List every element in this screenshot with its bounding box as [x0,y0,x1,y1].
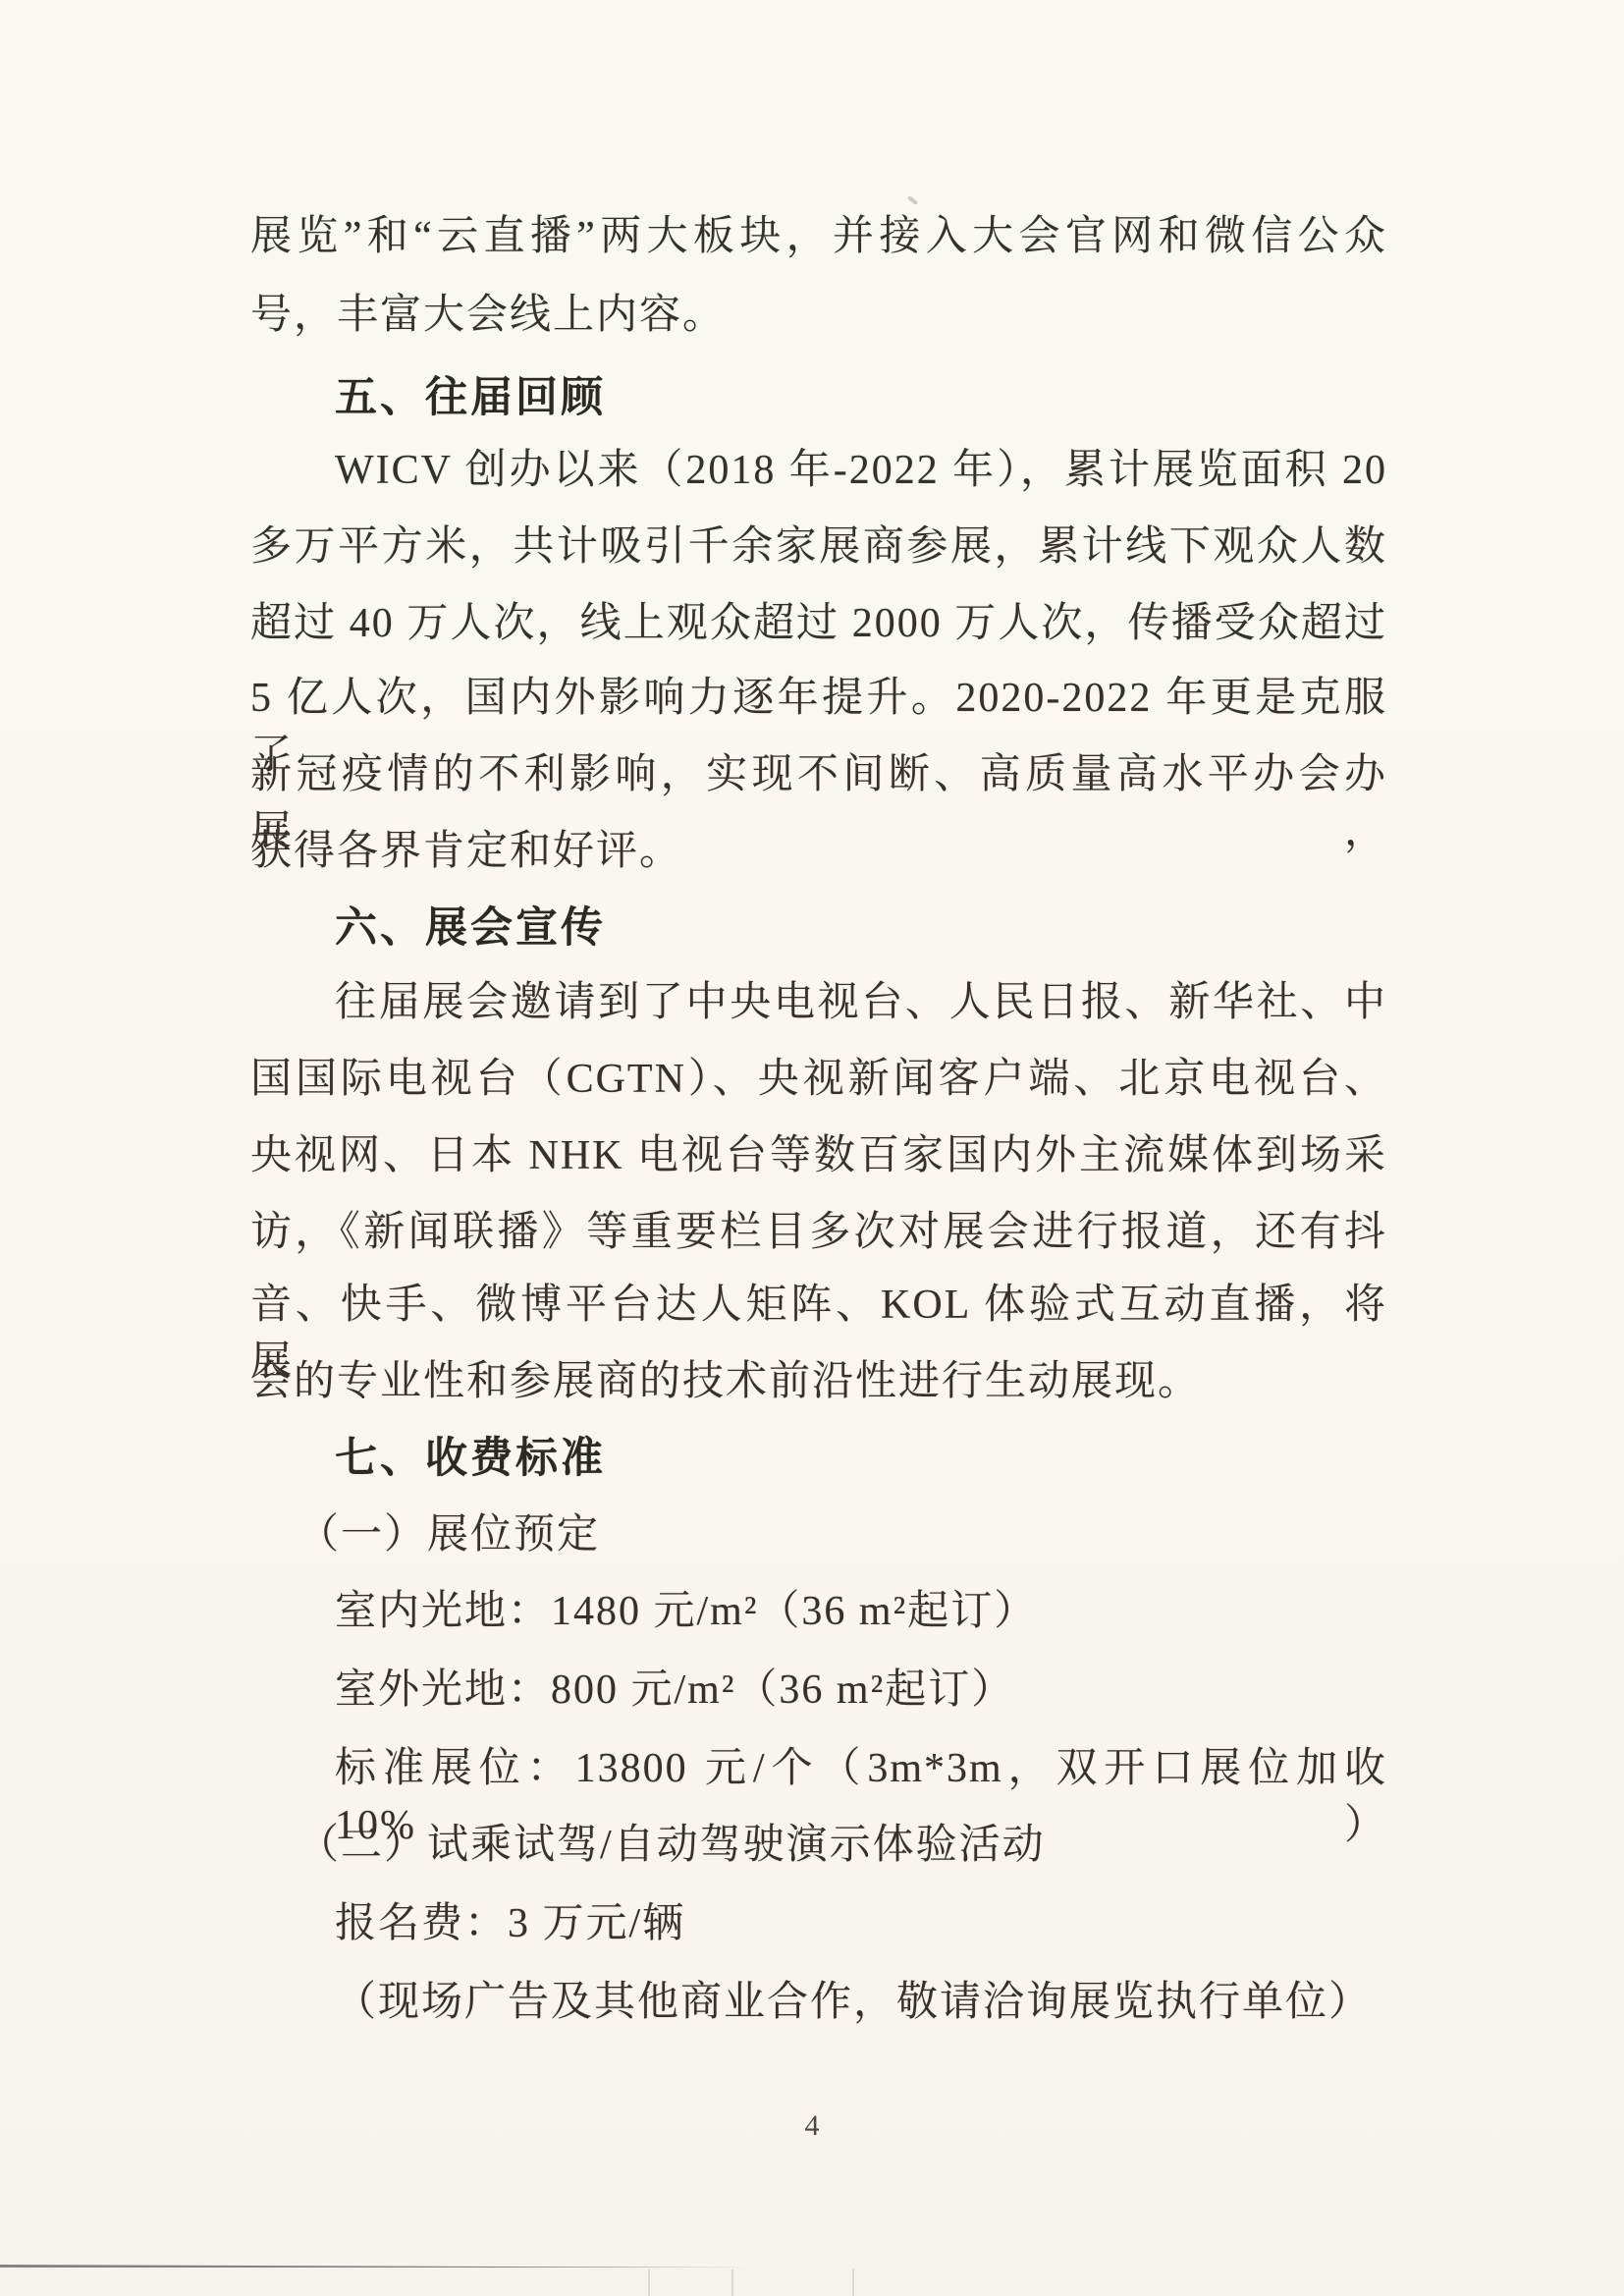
para-online-cont-2: 号，丰富大会线上内容。 [250,287,1387,348]
page-number: 4 [0,2109,1624,2143]
scan-speck [907,195,918,205]
heading-section-5: 五、往届回顾 [250,369,1472,430]
para-publicity-5: 音、快手、微博平台达人矩阵、KOL 体验式互动直播，将展 [250,1277,1387,1338]
para-publicity-3: 央视网、日本 NHK 电视台等数百家国内外主流媒体到场采 [250,1127,1387,1188]
scan-ghost-line [731,2269,733,2296]
para-review-1: WICV 创办以来（2018 年-2022 年），累计展览面积 20 [250,442,1387,503]
para-publicity-1: 往届展会邀请到了中央电视台、人民日报、新华社、中 [250,974,1387,1035]
para-publicity-2: 国国际电视台（CGTN）、央视新闻客户端、北京电视台、 [250,1051,1387,1112]
price-indoor-space: 室内光地：1480 元/m²（36 m²起订） [250,1583,1472,1644]
price-registration-fee: 报名费：3 万元/辆 [250,1895,1472,1956]
heading-section-6: 六、展会宣传 [250,900,1472,960]
scan-ghost-line [852,2269,854,2296]
para-publicity-4: 访，《新闻联播》等重要栏目多次对展会进行报道，还有抖 [250,1204,1387,1265]
para-review-3: 超过 40 万人次，线上观众超过 2000 万人次，传播受众超过 [250,595,1387,656]
item-test-drive: （二）试乘试驾/自动驾驶演示体验活动 [250,1817,1435,1878]
heading-section-7: 七、收费标准 [250,1430,1472,1491]
item-booth-booking: （一）展位预定 [250,1506,1435,1567]
para-publicity-6: 会的专业性和参展商的技术前沿性进行生动展现。 [250,1353,1387,1414]
para-online-cont-1: 展览”和“云直播”两大板块，并接入大会官网和微信公众 [250,208,1387,269]
price-standard-booth: 标准展位：13800 元/个（3m*3m，双开口展位加收 10%） [250,1740,1387,1801]
scan-ghost-line [648,2269,650,2296]
scan-below-strip [0,2268,1624,2296]
scanned-document-page: 展览”和“云直播”两大板块，并接入大会官网和微信公众 号，丰富大会线上内容。 五… [0,0,1624,2296]
para-review-6: 获得各界肯定和好评。 [250,823,1387,884]
para-review-2: 多万平方米，共计吸引千余家展商参展，累计线下观众人数 [250,519,1387,579]
price-outdoor-space: 室外光地：800 元/m²（36 m²起订） [250,1662,1472,1722]
para-review-5: 新冠疫情的不利影响，实现不间断、高质量高水平办会办展， [250,746,1387,807]
para-review-4: 5 亿人次，国内外影响力逐年提升。2020-2022 年更是克服了 [250,670,1387,731]
note-commercial-cooperation: （现场广告及其他商业合作，敬请洽询展览执行单位） [250,1974,1472,2035]
